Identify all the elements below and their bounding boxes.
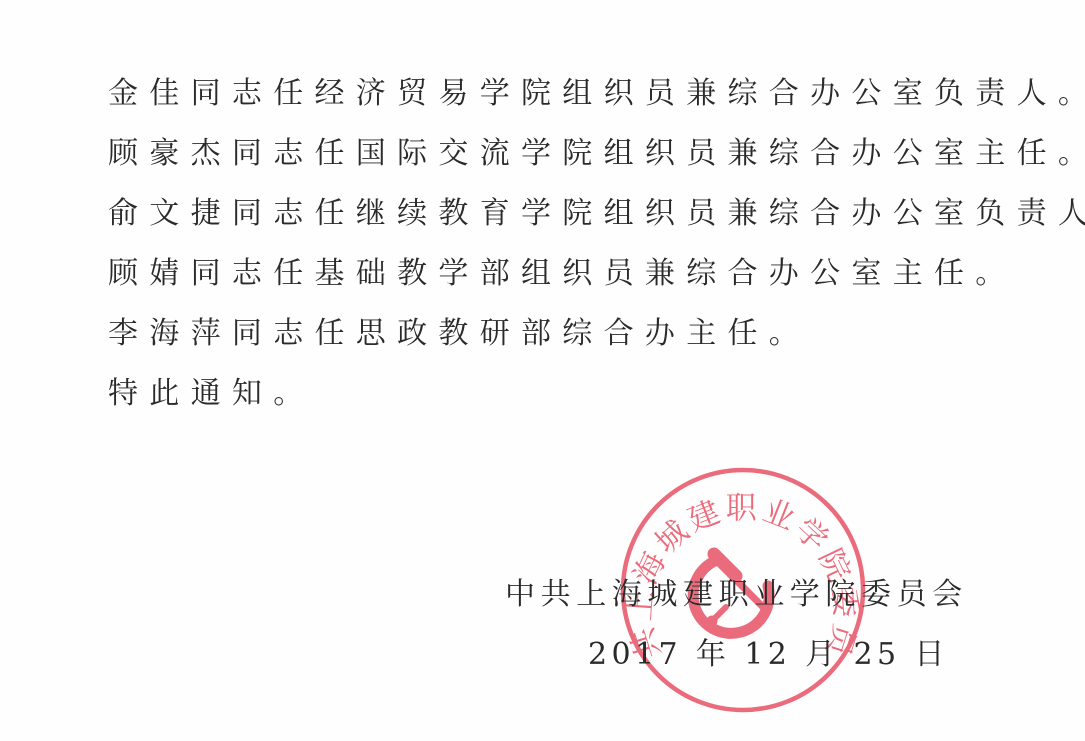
issue-date: 2017 年 12 月 25 日 [588,634,949,676]
appointment-line-2: 顾豪杰同志任国际交流学院组织员兼综合办公室主任。 [108,133,1085,193]
document-page: 金佳同志任经济贸易学院组织员兼综合办公室负责人。 顾豪杰同志任国际交流学院组织员… [0,0,1085,741]
appointment-line-5: 李海萍同志任思政教研部综合办主任。 [108,313,1085,373]
notice-body: 金佳同志任经济贸易学院组织员兼综合办公室负责人。 顾豪杰同志任国际交流学院组织员… [108,73,1085,433]
closing-line: 特此通知。 [108,373,1085,433]
issuer-signature: 中共上海城建职业学院委员会 [505,574,968,616]
appointment-line-3: 俞文捷同志任继续教育学院组织员兼综合办公室负责人。 [108,193,1085,253]
appointment-line-1: 金佳同志任经济贸易学院组织员兼综合办公室负责人。 [108,73,1085,133]
appointment-line-4: 顾婧同志任基础教学部组织员兼综合办公室主任。 [108,253,1085,313]
